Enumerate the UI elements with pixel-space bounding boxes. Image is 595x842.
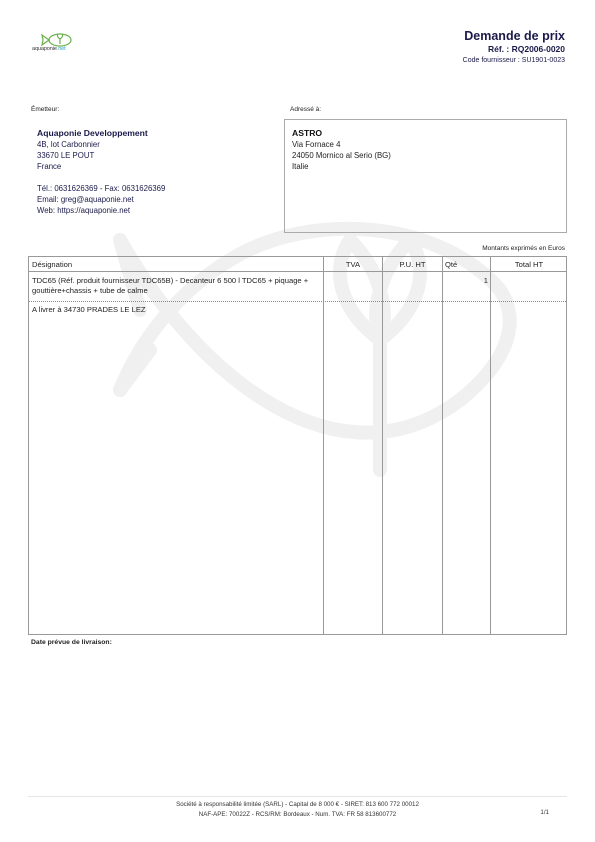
document-reference: Réf. : RQ2006-0020 — [488, 44, 565, 54]
recipient-block: ASTRO Via Fornace 4 24050 Mornico al Ser… — [292, 128, 391, 172]
sender-email: Email: greg@aquaponie.net — [37, 194, 165, 205]
sender-name: Aquaponie Developpement — [37, 128, 165, 139]
footer: Société à responsabilité limitée (SARL) … — [0, 800, 595, 819]
recipient-name: ASTRO — [292, 128, 391, 139]
column-header-unit-price: P.U. HT — [383, 257, 442, 272]
logo-text: aquaponie — [32, 46, 57, 52]
column-header-total: Total HT — [491, 257, 567, 272]
recipient-address-line1: Via Fornace 4 — [292, 139, 391, 150]
sender-label: Émetteur: — [31, 106, 59, 113]
sender-country: France — [37, 161, 165, 172]
sender-address-line1: 4B, lot Carbonnier — [37, 139, 165, 150]
page-number: 1/1 — [540, 809, 549, 816]
footer-legal-line1: Société à responsabilité limitée (SARL) … — [0, 800, 595, 810]
column-header-tva: TVA — [324, 257, 382, 272]
logo-wordmark: aquaponie.net — [32, 46, 66, 52]
column-header-designation: Désignation — [32, 257, 72, 272]
supplier-code: Code fournisseur : SU1901-0023 — [463, 57, 565, 64]
currency-note: Montants exprimés en Euros — [482, 245, 565, 252]
items-table: Désignation TVA P.U. HT Qté Total HT TDC… — [28, 256, 567, 635]
row-qty: 1 — [443, 276, 488, 286]
logo-tld: .net — [57, 46, 66, 52]
recipient-address-line2: 24050 Mornico al Serio (BG) — [292, 150, 391, 161]
sender-block: Aquaponie Developpement 4B, lot Carbonni… — [37, 128, 165, 216]
recipient-label: Adressé à: — [290, 106, 321, 113]
document-title: Demande de prix — [464, 29, 565, 43]
row-designation: TDC65 (Réf. produit fournisseur TDC65B) … — [32, 276, 322, 296]
sender-web: Web: https://aquaponie.net — [37, 205, 165, 216]
delivery-date-label: Date prévue de livraison: — [31, 639, 112, 646]
sender-phone-fax: Tél.: 0631626369 - Fax: 0631626369 — [37, 183, 165, 194]
column-header-qty: Qté — [445, 257, 457, 272]
delivery-note: A livrer à 34730 PRADES LE LEZ — [32, 305, 322, 315]
sender-address-line2: 33670 LE POUT — [37, 150, 165, 161]
footer-divider — [28, 796, 567, 797]
recipient-country: Italie — [292, 161, 391, 172]
footer-legal-line2: NAF-APE: 70022Z - RCS/RM: Bordeaux - Num… — [0, 810, 595, 820]
aquaponie-logo-icon — [30, 30, 82, 56]
